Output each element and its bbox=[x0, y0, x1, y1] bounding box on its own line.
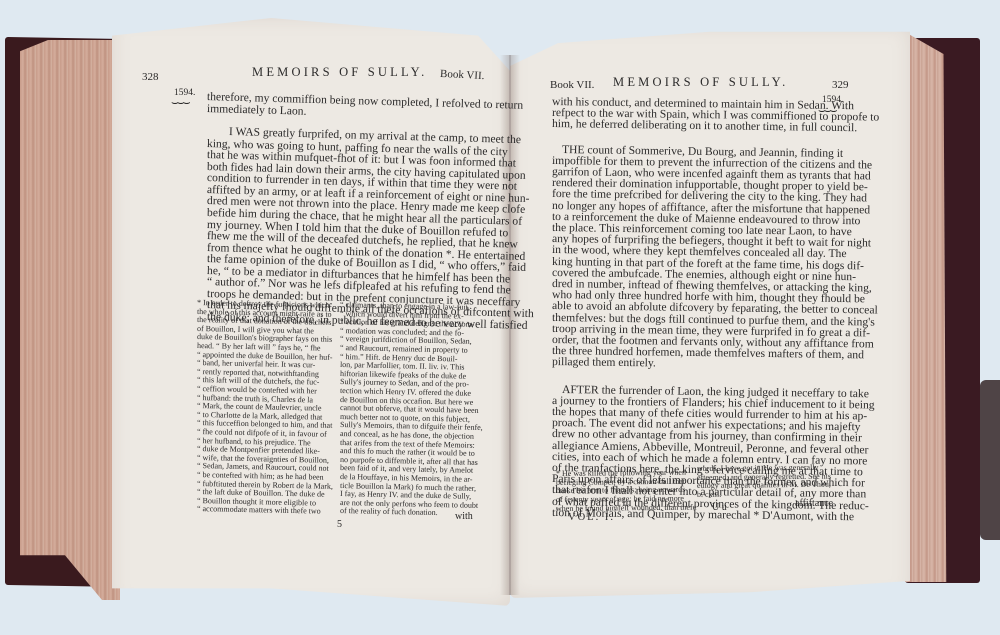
book-photo: 328 MEMOIRS OF SULLY. Book VII. 1594. ⌣⌣… bbox=[0, 0, 1000, 635]
right-page-number: 329 bbox=[832, 80, 849, 91]
left-book-ref: Book VII. bbox=[440, 69, 485, 82]
left-running-head: MEMOIRS OF SULLY. bbox=[252, 66, 428, 79]
text-line: b. cxiii. bbox=[697, 491, 721, 499]
text-line: pillaged them entirely. bbox=[552, 356, 656, 369]
left-catchword: with bbox=[455, 512, 473, 522]
left-margin-brace-icon: ⌣⌣⌣ bbox=[171, 96, 189, 108]
right-running-head: MEMOIRS OF SULLY. bbox=[613, 76, 789, 89]
text-line: immediately to Laon. bbox=[207, 103, 307, 117]
volume-mark: VOL. I. bbox=[568, 513, 615, 524]
right-catchword: affiftance bbox=[795, 499, 833, 509]
left-page-block-edge bbox=[20, 40, 120, 600]
right-signature-mark: U u bbox=[712, 503, 727, 513]
left-signature-mark: 5 bbox=[337, 520, 342, 530]
adjacent-book-edge bbox=[980, 380, 1000, 540]
left-page-number: 328 bbox=[142, 72, 159, 83]
right-book-ref: Book VII. bbox=[550, 80, 594, 91]
